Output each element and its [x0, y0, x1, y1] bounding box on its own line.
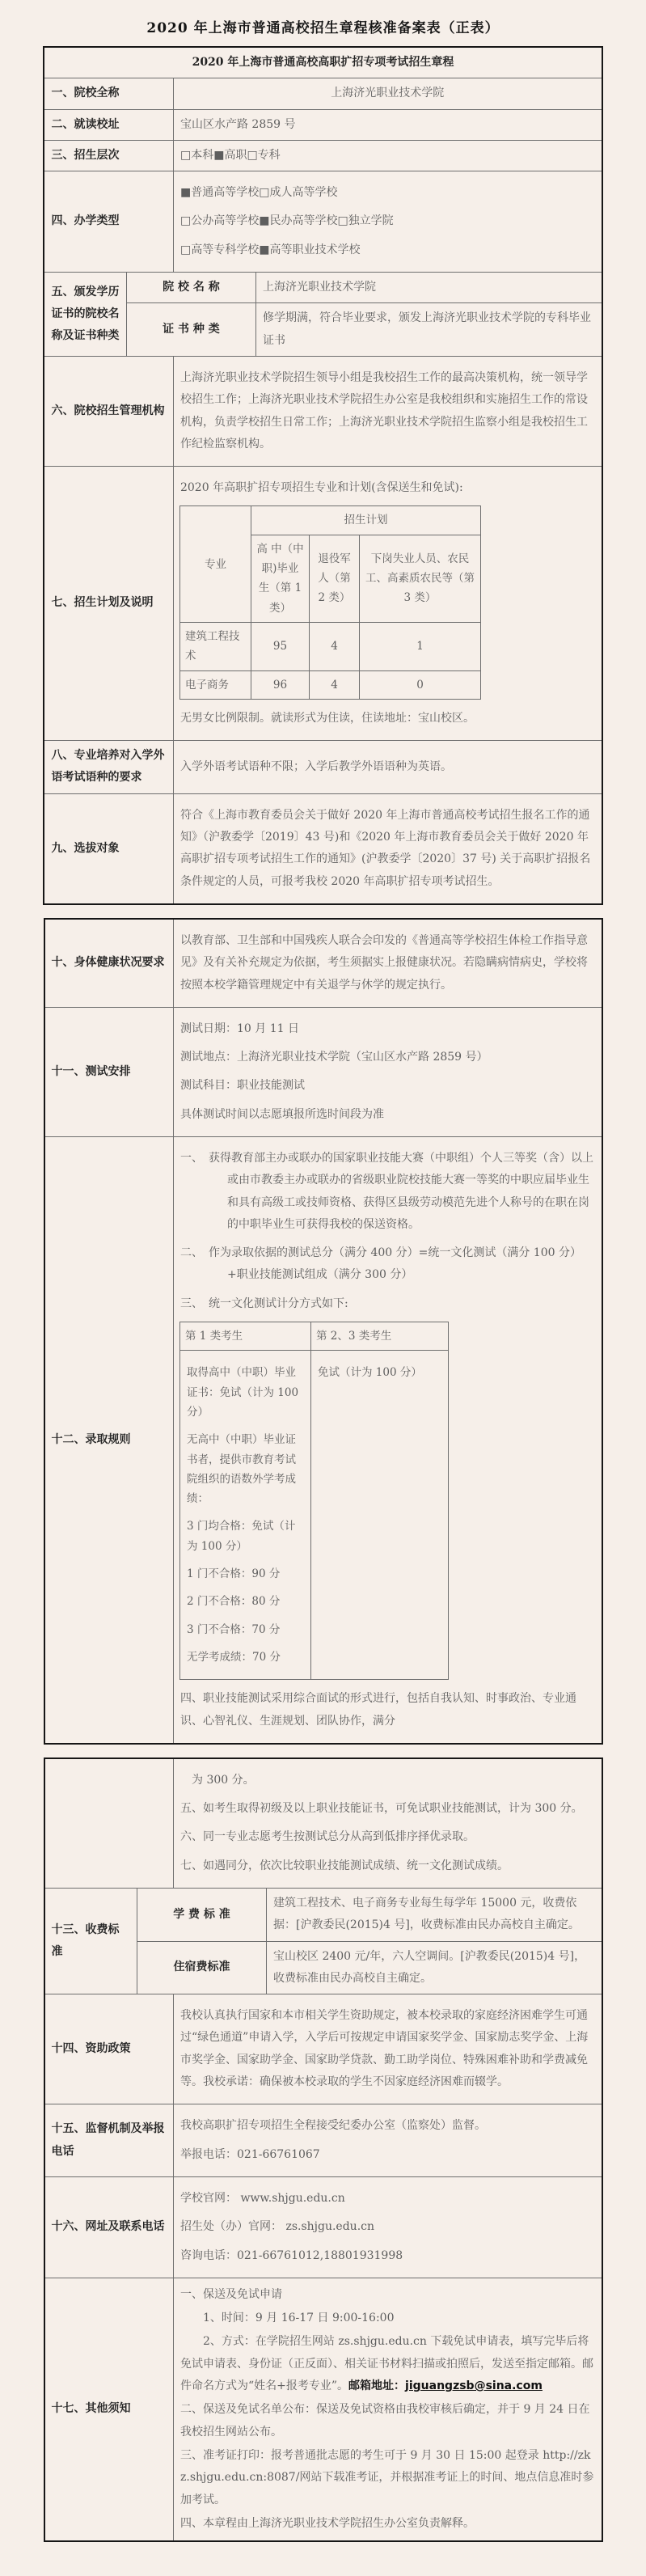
enrollment-plan-table: 专业 招生计划 高 中（中职)毕业生（第 1 类） 退役军人（第 2 类） 下岗… [179, 505, 481, 699]
financial-aid-text: 我校认真执行国家和本市相关学生资助规定，被本校录取的家庭经济困难学生可通过“绿色… [180, 2005, 595, 2093]
test-time-line: 具体测试时间以志愿填报所选时间段为准 [180, 1104, 595, 1126]
candidates-text: 符合《上海市教育委员会关于做好 2020 年上海市普通高校考试招生报名工作的通知… [180, 805, 595, 893]
row-label-school-name: 一、院校全称 [44, 78, 173, 109]
other-notes-item-2: 二、保送及免试名单公布：保送及免试资格由我校审核后确定，并于 9 月 24 日在… [180, 2399, 595, 2443]
health-text: 以教育部、卫生部和中国残疾人联合会印发的《普通高等学校招生体检工作指导意见》及有… [180, 930, 595, 996]
sublabel-tuition: 学 费 标 准 [137, 1889, 267, 1942]
admission-rule-item-2: 二、 作为录取依据的测试总分（满分 400 分）=统一文化测试（满分 100 分… [180, 1242, 595, 1287]
test-location-line: 测试地点：上海济光职业技术学院（宝山区水产路 2859 号） [180, 1047, 595, 1068]
table-row: 六、院校招生管理机构 上海济光职业技术学院招生领导小组是我校招生工作的最高决策机… [44, 356, 602, 466]
plan-value: 0 [359, 670, 480, 699]
table-row: 四、办学类型 ■普通高等学校□成人高等学校 □公办高等学校■民办高等学校□独立学… [44, 171, 602, 273]
enrollment-plan-note: 无男女比例限制。就读形式为住读，住读地址：宝山校区。 [180, 708, 595, 730]
row-value-school-type: ■普通高等学校□成人高等学校 □公办高等学校■民办高等学校□独立学院 □高等专科… [173, 171, 602, 273]
table-row: 八、专业培养对入学外语考试语种的要求 入学外语考试语种不限；入学后教学外语语种为… [44, 741, 602, 794]
row-value-supervision: 我校高职扩招专项招生全程接受纪委办公室（监察处）监督。 举报电话：021-667… [174, 2104, 602, 2177]
table-row: 建筑工程技术 95 4 1 [179, 622, 480, 670]
row-label-admission-rules: 十二、录取规则 [44, 1136, 174, 1743]
plan-header-class2: 退役军人（第 2 类） [309, 535, 359, 622]
table-row: 十六、网址及联系电话 学校官网： www.shjgu.edu.cn 招生处（办）… [44, 2176, 602, 2278]
score-header-class1: 第 1 类考生 [180, 1322, 311, 1351]
value-tuition: 建筑工程技术、电子商务专业每生每学年 15000 元，收费依据：[沪教委民(20… [267, 1889, 602, 1942]
row-value-foreign-language: 入学外语考试语种不限；入学后教学外语语种为英语。 [173, 741, 602, 794]
row-label-supervision: 十五、监督机制及举报电话 [44, 2104, 174, 2177]
table-block-2: 十、身体健康状况要求 以教育部、卫生部和中国残疾人联合会印发的《普通高等学校招生… [44, 918, 603, 1745]
table-row: 十二、录取规则 一、 获得教育部主办或联办的国家职业技能大赛（中职组）个人三等奖… [44, 1136, 602, 1743]
score-rule-line: 1 门不合格：90 分 [187, 1564, 304, 1584]
email-address: jiguangzsb@sina.com [405, 2379, 543, 2392]
plan-value: 1 [359, 622, 480, 670]
row-label-certificate: 五、颁发学历证书的院校名称及证书种类 [44, 273, 126, 357]
other-notes-item-3: 三、准考证打印：报考普通批志愿的考生可于 9 月 30 日 15:00 起登录 … [180, 2445, 595, 2511]
table-row: 九、选拔对象 符合《上海市教育委员会关于做好 2020 年上海市普通高校考试招生… [44, 793, 602, 904]
row-value-admissions-org: 上海济光职业技术学院招生领导小组是我校招生工作的最高决策机构，统一领导学校招生工… [173, 356, 602, 466]
value-certificate-type: 修学期满，符合毕业要求，颁发上海济光职业技术学院的专科毕业证书 [255, 303, 602, 357]
table-row: 二、就读校址 宝山区水产路 2859 号 [44, 109, 602, 140]
table-row: 电子商务 96 4 0 [179, 670, 480, 699]
table-row: 证 书 种 类 修学期满，符合毕业要求，颁发上海济光职业技术学院的专科毕业证书 [44, 303, 602, 357]
row-value-enrollment-plan: 2020 年高职扩招专项招生专业和计划(含保送生和免试): 专业 招生计划 高 … [173, 467, 602, 741]
admission-rule-item-3: 三、 统一文化测试计分方式如下: [180, 1293, 595, 1315]
row-value-admission-rules: 一、 获得教育部主办或联办的国家职业技能大赛（中职组）个人三等奖（含）以上或由市… [174, 1136, 602, 1743]
row-value-admission-rules-cont: 为 300 分。 五、如考生取得初级及以上职业技能证书，可免试职业技能测试，计为… [174, 1758, 602, 1889]
other-notes-item-4: 四、本章程由上海济光职业技术学院招生办公室负责解释。 [180, 2513, 595, 2535]
supervision-line: 我校高职扩招专项招生全程接受纪委办公室（监察处）监督。 [180, 2115, 595, 2137]
row-label-fees: 十三、收费标准 [44, 1889, 137, 1994]
enrollment-plan-intro: 2020 年高职扩招专项招生专业和计划(含保送生和免试): [180, 477, 595, 499]
row-label-test-arrangement: 十一、测试安排 [44, 1007, 174, 1136]
score-rule-line: 取得高中（中职）毕业证书：免试（计为 100 分） [187, 1363, 304, 1422]
score-class23-cell: 免试（计为 100 分） [311, 1351, 449, 1680]
score-rule-line: 3 门不合格：70 分 [187, 1620, 304, 1639]
score-rule-line: 2 门不合格：80 分 [187, 1592, 304, 1611]
admission-rule-item-4: 四、职业技能测试采用综合面试的形式进行，包括自我认知、时事政治、专业通识、心智礼… [180, 1688, 595, 1732]
admission-rule-item-7: 七、如遇同分，依次比较职业技能测试成绩、统一文化测试成绩。 [180, 1855, 595, 1877]
row-label-website-contact: 十六、网址及联系电话 [44, 2176, 174, 2278]
value-institution-name: 上海济光职业技术学院 [255, 273, 602, 303]
plan-value: 4 [309, 670, 359, 699]
admissions-website-line: 招生处（办）官网： zs.shjgu.edu.cn [180, 2216, 595, 2238]
score-class1-cell: 取得高中（中职）毕业证书：免试（计为 100 分） 无高中（中职）毕业证书者，提… [180, 1351, 311, 1680]
row-label-foreign-language: 八、专业培养对入学外语考试语种的要求 [44, 741, 173, 794]
page-title: 2020 年上海市普通高校招生章程核准备案表（正表） [0, 16, 646, 36]
plan-value: 95 [251, 622, 309, 670]
school-type-line: □公办高等学校■民办高等学校□独立学院 [180, 210, 595, 232]
email-label: 邮箱地址： [348, 2379, 405, 2392]
school-website-line: 学校官网： www.shjgu.edu.cn [180, 2188, 595, 2210]
row-value-campus-address: 宝山区水产路 2859 号 [173, 109, 602, 140]
table-row: 三、招生层次 □本科■高职□专科 [44, 140, 602, 171]
report-phone-line: 举报电话：021-66761067 [180, 2144, 595, 2166]
school-type-line: □高等专科学校■高等职业技术学校 [180, 239, 595, 261]
row-label-admission-rules-cont [44, 1758, 174, 1889]
plan-value: 4 [309, 622, 359, 670]
table-row: 专业 招生计划 [179, 506, 480, 535]
row-label-candidates: 九、选拔对象 [44, 793, 173, 904]
score-rule-line: 免试（计为 100 分） [318, 1363, 441, 1382]
row-value-health: 以教育部、卫生部和中国残疾人联合会印发的《普通高等学校招生体检工作指导意见》及有… [174, 919, 602, 1007]
plan-major-name: 建筑工程技术 [179, 622, 251, 670]
other-notes-item-1: 一、保送及免试申请 [180, 2284, 595, 2306]
school-type-line: ■普通高等学校□成人高等学校 [180, 182, 595, 204]
row-label-school-type: 四、办学类型 [44, 171, 173, 273]
score-rule-line: 无学考成绩：70 分 [187, 1648, 304, 1667]
table-row: 十四、资助政策 我校认真执行国家和本市相关学生资助规定，被本校录取的家庭经济困难… [44, 1994, 602, 2104]
table-row: 十、身体健康状况要求 以教育部、卫生部和中国残疾人联合会印发的《普通高等学校招生… [44, 919, 602, 1007]
row-value-test-arrangement: 测试日期：10 月 11 日 测试地点：上海济光职业技术学院（宝山区水产路 28… [174, 1007, 602, 1136]
consult-phone-line: 咨询电话：021-66761012,18801931998 [180, 2245, 595, 2267]
culture-test-score-table: 第 1 类考生 第 2、3 类考生 取得高中（中职）毕业证书：免试（计为 100… [179, 1322, 449, 1680]
table-row: 一、院校全称 上海济光职业技术学院 [44, 78, 602, 109]
test-subject-line: 测试科目：职业技能测试 [180, 1075, 595, 1097]
row-label-campus-address: 二、就读校址 [44, 109, 173, 140]
table-block-3: 为 300 分。 五、如考生取得初级及以上职业技能证书，可免试职业技能测试，计为… [44, 1758, 603, 2542]
table-row: 第 1 类考生 第 2、3 类考生 [180, 1322, 449, 1351]
row-value-other-notes: 一、保送及免试申请 1、时间：9 月 16-17 日 9:00-16:00 2、… [174, 2278, 602, 2541]
plan-header-class1: 高 中（中职)毕业生（第 1 类） [251, 535, 309, 622]
row-label-admissions-org: 六、院校招生管理机构 [44, 356, 173, 466]
score-rule-line: 无高中（中职）毕业证书者，提供市教育考试院组织的语数外学考成绩： [187, 1430, 304, 1508]
admission-rule-item-5: 五、如考生取得初级及以上职业技能证书，可免试职业技能测试，计为 300 分。 [180, 1798, 595, 1820]
admissions-org-text: 上海济光职业技术学院招生领导小组是我校招生工作的最高决策机构，统一领导学校招生工… [180, 367, 595, 455]
value-accommodation: 宝山校区 2400 元/年，六人空调间。[沪教委民(2015)4 号]，收费标准… [267, 1941, 602, 1994]
row-label-health: 十、身体健康状况要求 [44, 919, 174, 1007]
table-row: 取得高中（中职）毕业证书：免试（计为 100 分） 无高中（中职）毕业证书者，提… [180, 1351, 449, 1680]
plan-header-class3: 下岗失业人员、农民工、高素质农民等（第 3 类） [359, 535, 480, 622]
row-value-candidates: 符合《上海市教育委员会关于做好 2020 年上海市普通高校考试招生报名工作的通知… [173, 793, 602, 904]
table-row: 十五、监督机制及举报电话 我校高职扩招专项招生全程接受纪委办公室（监察处）监督。… [44, 2104, 602, 2177]
table-row: 2020 年上海市普通高校高职扩招专项考试招生章程 [44, 47, 602, 78]
row-label-enrollment-plan: 七、招生计划及说明 [44, 467, 173, 741]
sublabel-accommodation: 住宿费标准 [137, 1941, 267, 1994]
other-notes-item-1-time: 1、时间：9 月 16-17 日 9:00-16:00 [180, 2307, 595, 2329]
table-block-1: 2020 年上海市普通高校高职扩招专项考试招生章程 一、院校全称 上海济光职业技… [43, 46, 602, 905]
row-label-enrollment-level: 三、招生层次 [44, 140, 173, 171]
table-row: 七、招生计划及说明 2020 年高职扩招专项招生专业和计划(含保送生和免试): … [44, 467, 602, 741]
plan-header-group: 招生计划 [251, 506, 480, 535]
row-value-school-name: 上海济光职业技术学院 [173, 78, 602, 109]
table-row: 五、颁发学历证书的院校名称及证书种类 院 校 名 称 上海济光职业技术学院 [44, 273, 602, 303]
charter-subtitle: 2020 年上海市普通高校高职扩招专项考试招生章程 [44, 47, 602, 78]
admission-rule-item-4-cont: 为 300 分。 [180, 1770, 595, 1791]
table-row: 十一、测试安排 测试日期：10 月 11 日 测试地点：上海济光职业技术学院（宝… [44, 1007, 602, 1136]
test-date-line: 测试日期：10 月 11 日 [180, 1018, 595, 1040]
other-notes-item-1-method: 2、方式：在学院招生网站 zs.shjgu.edu.cn 下载免试申请表，填写完… [180, 2331, 595, 2397]
row-value-website-contact: 学校官网： www.shjgu.edu.cn 招生处（办）官网： zs.shjg… [174, 2176, 602, 2278]
sublabel-institution-name: 院 校 名 称 [126, 273, 255, 303]
score-rule-line: 3 门均合格：免试（计为 100 分） [187, 1516, 304, 1556]
row-label-financial-aid: 十四、资助政策 [44, 1994, 174, 2104]
plan-header-major: 专业 [179, 506, 251, 622]
admission-rule-item-1: 一、 获得教育部主办或联办的国家职业技能大赛（中职组）个人三等奖（含）以上或由市… [180, 1148, 595, 1236]
admission-rule-item-6: 六、同一专业志愿考生按测试总分从高到低排序择优录取。 [180, 1826, 595, 1848]
sublabel-certificate-type: 证 书 种 类 [126, 303, 255, 357]
document-page: 2020 年上海市普通高校招生章程核准备案表（正表） 2020 年上海市普通高校… [0, 0, 646, 2576]
table-row: 为 300 分。 五、如考生取得初级及以上职业技能证书，可免试职业技能测试，计为… [44, 1758, 602, 1889]
plan-value: 96 [251, 670, 309, 699]
row-label-other-notes: 十七、其他须知 [44, 2278, 174, 2541]
table-row: 十七、其他须知 一、保送及免试申请 1、时间：9 月 16-17 日 9:00-… [44, 2278, 602, 2541]
row-value-financial-aid: 我校认真执行国家和本市相关学生资助规定，被本校录取的家庭经济困难学生可通过“绿色… [174, 1994, 602, 2104]
score-header-class23: 第 2、3 类考生 [311, 1322, 449, 1351]
table-row: 十三、收费标准 学 费 标 准 建筑工程技术、电子商务专业每生每学年 15000… [44, 1889, 602, 1942]
plan-major-name: 电子商务 [179, 670, 251, 699]
row-value-enrollment-level: □本科■高职□专科 [173, 140, 602, 171]
